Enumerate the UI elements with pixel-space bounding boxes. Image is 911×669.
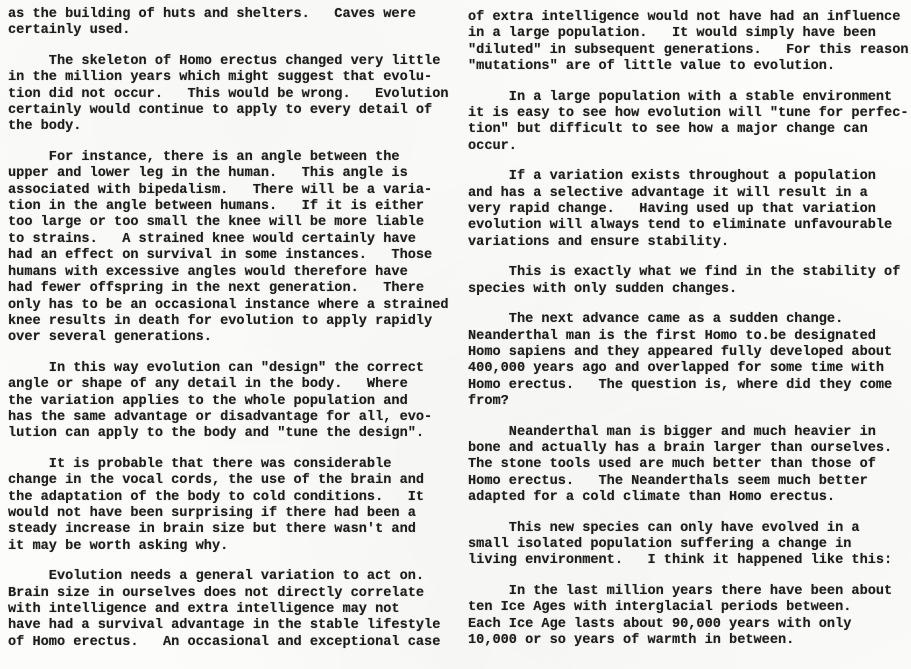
paragraph: This new species can only have evolved i… (468, 521, 911, 570)
paragraph: For instance, there is an angle between … (8, 150, 456, 347)
paragraph: of extra intelligence would not have had… (468, 10, 911, 76)
paragraph: Evolution needs a general variation to a… (8, 569, 456, 651)
paragraph: If a variation exists throughout a popul… (468, 169, 911, 251)
scanned-document-page: as the building of huts and shelters. Ca… (0, 0, 911, 665)
text-column-left: as the building of huts and shelters. Ca… (8, 7, 456, 665)
text-column-right: of extra intelligence would not have had… (468, 7, 911, 665)
paragraph: It is probable that there was considerab… (8, 457, 456, 555)
paragraph: This is exactly what we find in the stab… (468, 265, 911, 298)
paragraph: In the last million years there have bee… (468, 584, 911, 650)
paragraph: In a large population with a stable envi… (468, 90, 911, 156)
paragraph: In this way evolution can "design" the c… (8, 361, 456, 443)
paragraph: The skeleton of Homo erectus changed ver… (8, 54, 456, 136)
paragraph: The next advance came as a sudden change… (468, 312, 911, 410)
paragraph: Neanderthal man is bigger and much heavi… (468, 425, 911, 507)
paragraph: as the building of huts and shelters. Ca… (8, 7, 456, 40)
